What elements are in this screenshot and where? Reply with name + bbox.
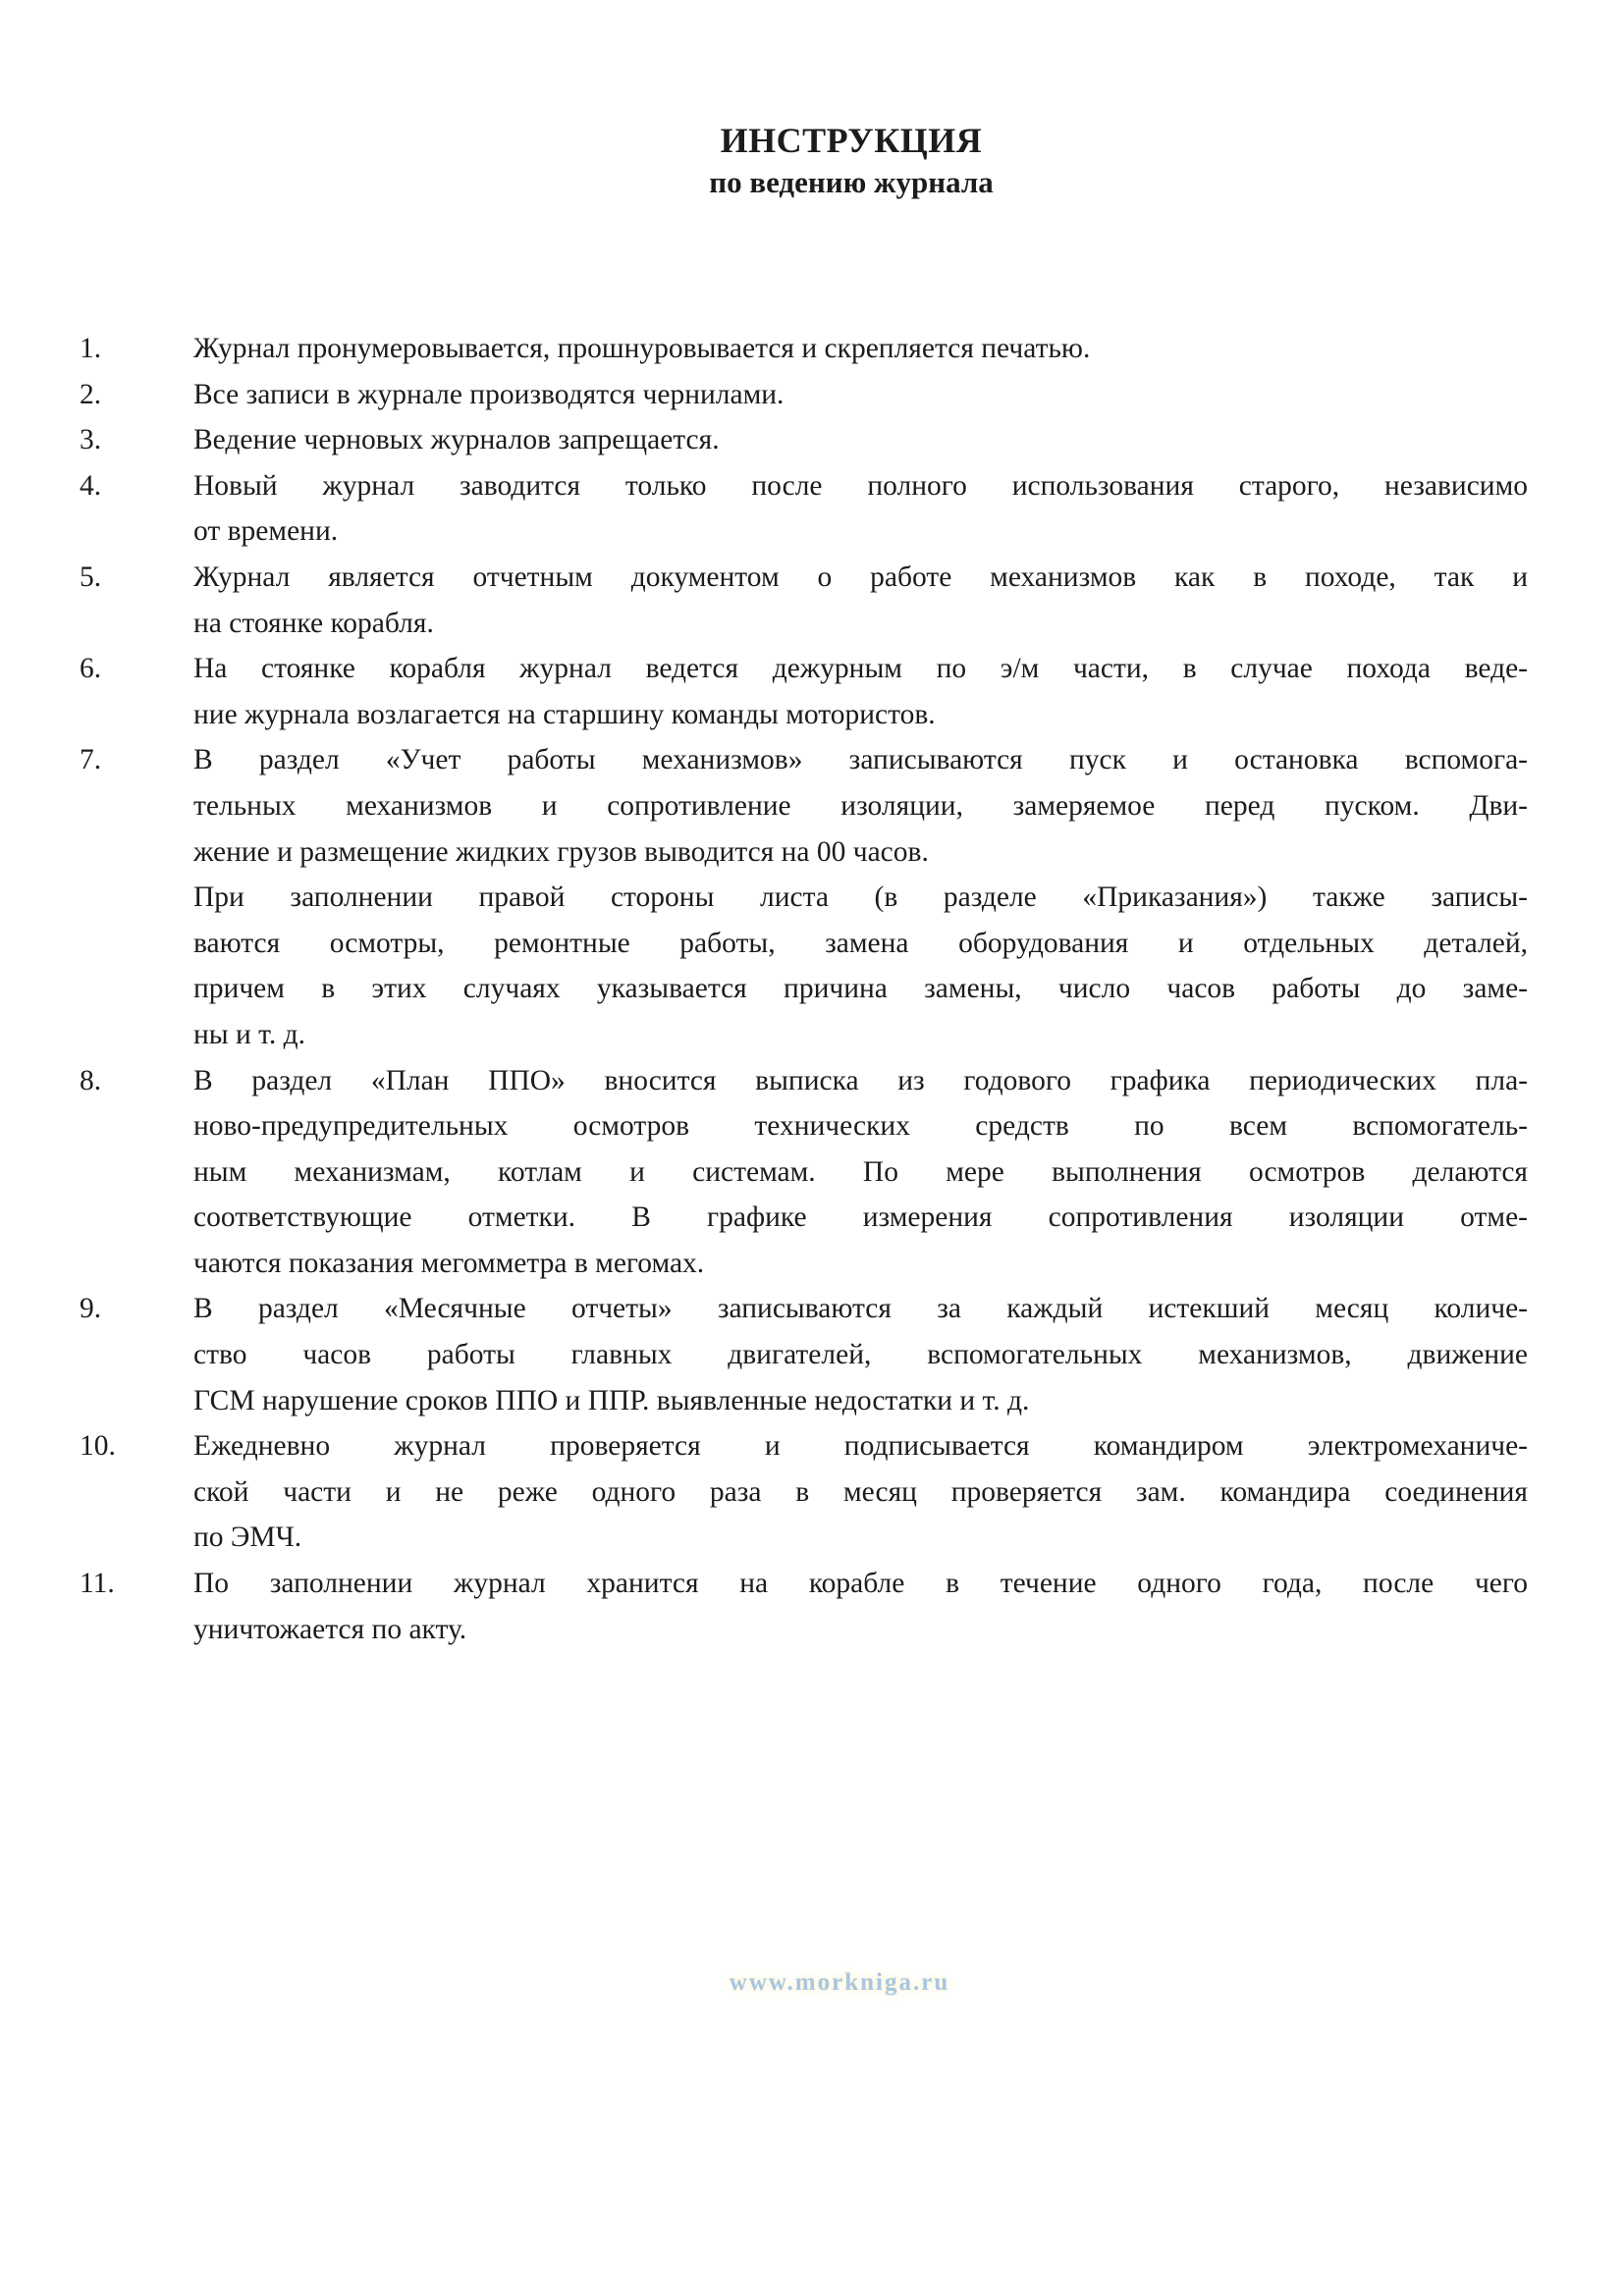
instruction-list: 1.Журнал пронумеровывается, прошнуровыва… — [0, 326, 1624, 1652]
list-item: 1.Журнал пронумеровывается, прошнуровыва… — [0, 326, 1624, 372]
text-line: чаются показания мегомметра в мегомах. — [193, 1241, 1528, 1287]
text-line: причем в этих случаях указывается причин… — [193, 966, 1528, 1012]
text-line: Ведение черновых журналов запрещается. — [193, 417, 1528, 463]
text-line: Журнал является отчетным документом о ра… — [193, 555, 1528, 601]
text-line: При заполнении правой стороны листа (в р… — [193, 875, 1528, 921]
item-number: 1. — [80, 326, 101, 372]
item-text: Журнал является отчетным документом о ра… — [193, 555, 1528, 646]
item-text: В раздел «Месячные отчеты» записываются … — [193, 1286, 1528, 1423]
text-line: ново-предупредительных осмотров техничес… — [193, 1103, 1528, 1149]
text-line: уничтожается по акту. — [193, 1607, 1528, 1653]
text-line: тельных механизмов и сопротивление изоля… — [193, 783, 1528, 829]
text-line: В раздел «Учет работы механизмов» записы… — [193, 737, 1528, 783]
text-line: ГСМ нарушение сроков ППО и ППР. выявленн… — [193, 1378, 1528, 1424]
text-line: В раздел «Месячные отчеты» записываются … — [193, 1286, 1528, 1332]
item-number: 7. — [80, 737, 101, 783]
item-text: Ведение черновых журналов запрещается. — [193, 417, 1528, 463]
item-number: 9. — [80, 1286, 101, 1332]
text-line: Журнал пронумеровывается, прошнуровывает… — [193, 326, 1528, 372]
item-number: 8. — [80, 1058, 101, 1104]
item-text: В раздел «План ППО» вносится выписка из … — [193, 1058, 1528, 1287]
item-number: 11. — [80, 1561, 115, 1607]
watermark: www.morkniga.ru — [730, 1969, 949, 1997]
text-line: на стоянке корабля. — [193, 601, 1528, 647]
text-line: ской части и не реже одного раза в месяц… — [193, 1469, 1528, 1516]
item-text: По заполнении журнал хранится на корабле… — [193, 1561, 1528, 1652]
document-page: { "page": { "title": "ИНСТРУКЦИЯ", "subt… — [0, 0, 1624, 2296]
text-line: ваются осмотры, ремонтные работы, замена… — [193, 921, 1528, 967]
item-text: Журнал пронумеровывается, прошнуровывает… — [193, 326, 1528, 372]
list-item: 10.Ежедневно журнал проверяется и подпис… — [0, 1423, 1624, 1561]
text-line: Ежедневно журнал проверяется и подписыва… — [193, 1423, 1528, 1469]
list-item: 6.На стоянке корабля журнал ведется дежу… — [0, 646, 1624, 737]
text-line: Все записи в журнале производятся чернил… — [193, 372, 1528, 418]
item-text: На стоянке корабля журнал ведется дежурн… — [193, 646, 1528, 737]
item-number: 5. — [80, 555, 101, 601]
list-item: 5.Журнал является отчетным документом о … — [0, 555, 1624, 646]
list-item: 2.Все записи в журнале производятся черн… — [0, 372, 1624, 418]
page-subtitle: по ведению журнала — [39, 165, 1624, 200]
list-item: 9.В раздел «Месячные отчеты» записываютс… — [0, 1286, 1624, 1423]
list-item: 3.Ведение черновых журналов запрещается. — [0, 417, 1624, 463]
item-text: Ежедневно журнал проверяется и подписыва… — [193, 1423, 1528, 1561]
item-text: Все записи в журнале производятся чернил… — [193, 372, 1528, 418]
item-number: 4. — [80, 463, 101, 509]
text-line: ным механизмам, котлам и системам. По ме… — [193, 1149, 1528, 1196]
text-line: На стоянке корабля журнал ведется дежурн… — [193, 646, 1528, 692]
item-number: 3. — [80, 417, 101, 463]
text-line: жение и размещение жидких грузов выводит… — [193, 829, 1528, 876]
list-item: 7.В раздел «Учет работы механизмов» запи… — [0, 737, 1624, 1057]
item-text: Новый журнал заводится только после полн… — [193, 463, 1528, 555]
text-line: соответствующие отметки. В графике измер… — [193, 1195, 1528, 1241]
item-number: 2. — [80, 372, 101, 418]
item-text: В раздел «Учет работы механизмов» записы… — [193, 737, 1528, 1057]
item-number: 6. — [80, 646, 101, 692]
item-number: 10. — [80, 1423, 116, 1469]
text-line: от времени. — [193, 508, 1528, 555]
page-title: ИНСТРУКЦИЯ — [39, 120, 1624, 161]
text-line: Новый журнал заводится только после полн… — [193, 463, 1528, 509]
list-item: 8.В раздел «План ППО» вносится выписка и… — [0, 1058, 1624, 1287]
text-line: по ЭМЧ. — [193, 1515, 1528, 1561]
list-item: 11.По заполнении журнал хранится на кора… — [0, 1561, 1624, 1652]
text-line: По заполнении журнал хранится на корабле… — [193, 1561, 1528, 1607]
list-item: 4.Новый журнал заводится только после по… — [0, 463, 1624, 555]
text-line: В раздел «План ППО» вносится выписка из … — [193, 1058, 1528, 1104]
text-line: ние журнала возлагается на старшину кома… — [193, 692, 1528, 738]
text-line: ство часов работы главных двигателей, вс… — [193, 1332, 1528, 1378]
text-line: ны и т. д. — [193, 1012, 1528, 1058]
